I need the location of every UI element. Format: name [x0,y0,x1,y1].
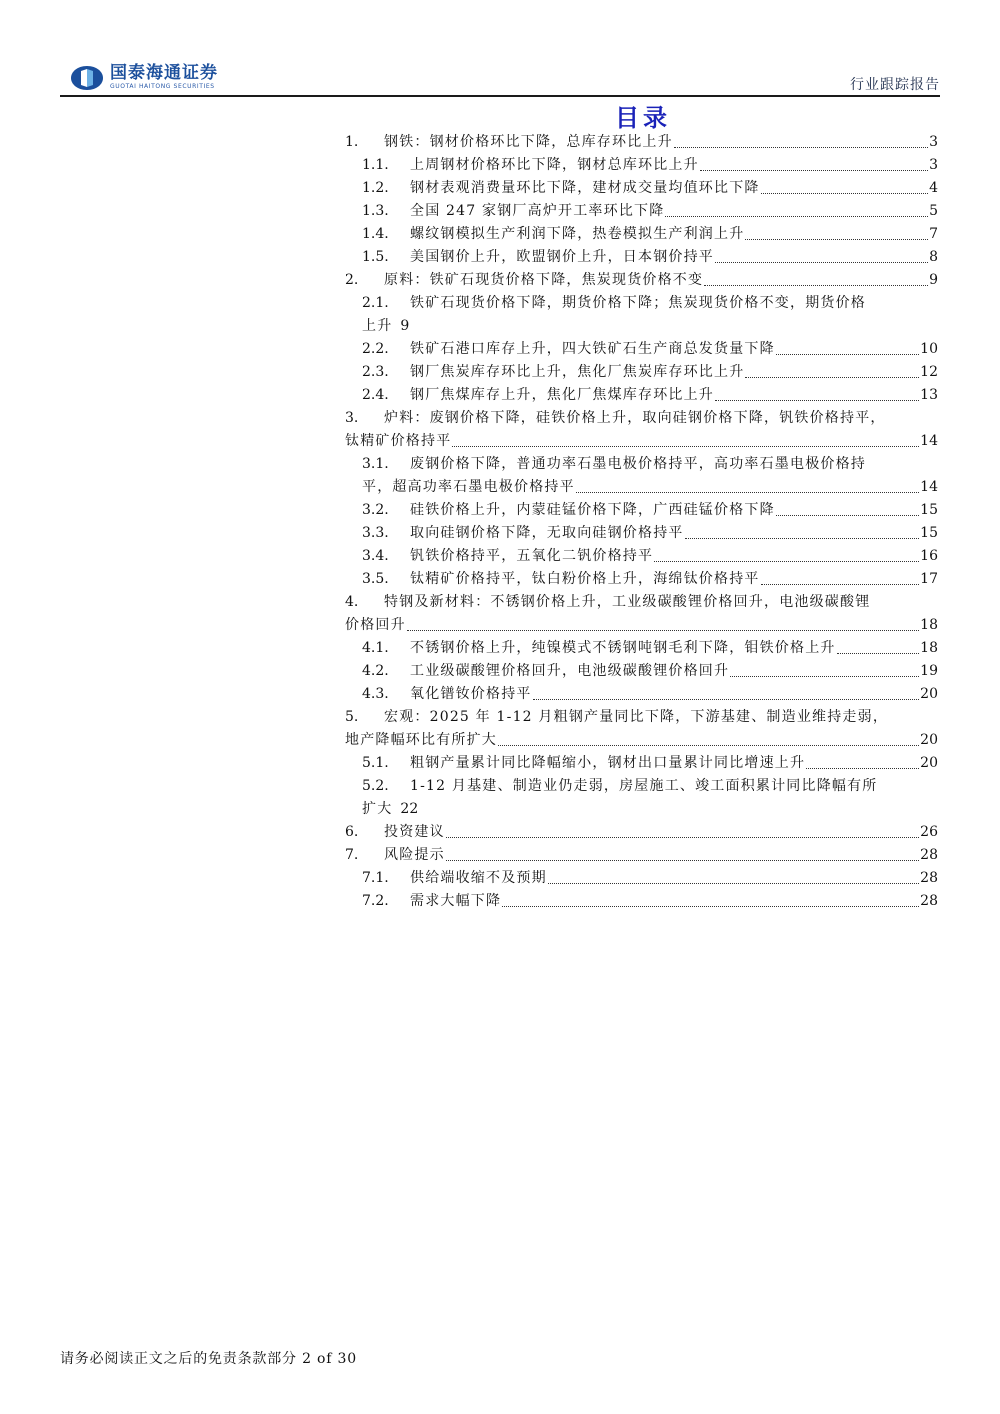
toc-entry-title: 硅铁价格上升，内蒙硅锰价格下降，广西硅锰价格下降 [410,499,775,522]
toc-page-number: 22 [400,798,418,821]
toc-entry[interactable]: 5.2.1-12 月基建、制造业仍走弱，房屋施工、竣工面积累计同比降幅有所扩大2… [345,775,938,821]
toc-entry-number: 4.3. [362,683,410,706]
toc-entry-number: 6. [345,821,384,844]
toc-entry-number: 4. [345,591,384,614]
toc-entry-title: 风险提示 [384,844,445,867]
toc-page-number: 15 [920,522,938,545]
toc-title: 目录 [600,98,686,133]
toc-entry-number: 2.1. [362,292,410,315]
toc-entry-number: 3.1. [362,453,410,476]
toc-entry-number: 2.2. [362,338,410,361]
toc-page-number: 9 [400,315,409,338]
toc-entry[interactable]: 3.5.钛精矿价格持平，钛白粉价格上升，海绵钛价格持平17 [345,568,938,591]
toc-page-number: 15 [920,499,938,522]
toc-entry-title: 价格回升 [345,614,406,637]
toc-entry-number: 1.3. [362,200,410,223]
dot-leader [685,538,920,539]
toc-entry-title: 钒铁价格持平，五氧化二钒价格持平 [410,545,653,568]
toc-entry-number: 3.3. [362,522,410,545]
toc-entry-number: 7.2. [362,890,410,913]
toc-entry[interactable]: 7.2.需求大幅下降28 [345,890,938,913]
toc-entry[interactable]: 7.风险提示28 [345,844,938,867]
toc-entry-number: 1. [345,131,384,154]
toc-entry-number: 2. [345,269,384,292]
dot-leader [446,837,919,838]
toc-entry[interactable]: 2.原料：铁矿石现货价格下降，焦炭现货价格不变9 [345,269,938,292]
toc-entry-number: 7.1. [362,867,410,890]
toc-entry-title: 需求大幅下降 [410,890,501,913]
dot-leader [776,515,919,516]
toc-entry-title: 钢材表观消费量环比下降，建材成交量均值环比下降 [410,177,760,200]
toc-entry-number: 5.1. [362,752,410,775]
dot-leader [806,768,919,769]
dot-leader [776,354,919,355]
logo-name-en: GUOTAI HAITONG SECURITIES [110,82,218,91]
toc-entry-title: 美国钢价上升，欧盟钢价上升，日本钢价持平 [410,246,714,269]
toc-page-number: 13 [920,384,938,407]
toc-entry[interactable]: 1.钢铁：钢材价格环比下降，总库存环比上升3 [345,131,938,154]
dot-leader [745,377,919,378]
dot-leader [704,285,928,286]
toc-entry-number: 1.5. [362,246,410,269]
dot-leader [446,860,919,861]
toc-entry-title: 特钢及新材料：不锈钢价格上升，工业级碳酸锂价格回升，电池级碳酸锂 [384,591,870,614]
toc-entry-number: 1.2. [362,177,410,200]
toc-entry[interactable]: 1.4.螺纹钢模拟生产利润下降，热卷模拟生产利润上升7 [345,223,938,246]
toc-entry[interactable]: 7.1.供给端收缩不及预期28 [345,867,938,890]
toc-page-number: 9 [929,269,938,292]
dot-leader [548,883,919,884]
toc-entry-title: 投资建议 [384,821,445,844]
toc-entry[interactable]: 6.投资建议26 [345,821,938,844]
dot-leader [654,561,919,562]
toc-page-number: 4 [929,177,938,200]
toc-entry-title: 全国 247 家钢厂高炉开工率环比下降 [410,200,664,223]
toc-entry-number: 3.4. [362,545,410,568]
dot-leader [576,492,919,493]
toc-entry-title: 扩大 [362,798,392,821]
toc-entry-title: 原料：铁矿石现货价格下降，焦炭现货价格不变 [384,269,703,292]
toc-entry[interactable]: 3.1.废钢价格下降，普通功率石墨电极价格持平，高功率石墨电极价格持平，超高功率… [345,453,938,499]
toc-page-number: 18 [920,637,938,660]
toc-page-number: 20 [920,729,938,752]
toc-entry-title: 取向硅钢价格下降，无取向硅钢价格持平 [410,522,684,545]
toc-entry-number: 2.3. [362,361,410,384]
page-indicator: 2 of 30 [302,1351,357,1367]
dot-leader [761,584,920,585]
toc-entry-number: 1.1. [362,154,410,177]
toc-page-number: 14 [920,430,938,453]
toc-entry[interactable]: 4.3.氧化镨钕价格持平20 [345,683,938,706]
report-type-label: 行业跟踪报告 [850,74,940,94]
toc-page-number: 10 [920,338,938,361]
toc-entry-number: 3.5. [362,568,410,591]
toc-entry-title: 粗钢产量累计同比降幅缩小，钢材出口量累计同比增速上升 [410,752,805,775]
toc-page-number: 16 [920,545,938,568]
page-footer: 请务必阅读正文之后的免责条款部分 2 of 30 [60,1348,357,1368]
toc-page-number: 28 [920,867,938,890]
company-logo: 国泰海通证券 GUOTAI HAITONG SECURITIES [70,64,218,91]
toc-entry-number: 5. [345,706,384,729]
toc-entry-title: 上周钢材价格环比下降，钢材总库环比上升 [410,154,699,177]
toc-page-number: 18 [920,614,938,637]
toc-entry-title: 地产降幅环比有所扩大 [345,729,497,752]
toc-entry-title: 铁矿石现货价格下降，期货价格下降；焦炭现货价格不变，期货价格 [410,292,866,315]
toc-entry[interactable]: 1.3.全国 247 家钢厂高炉开工率环比下降5 [345,200,938,223]
toc-entry-title: 供给端收缩不及预期 [410,867,547,890]
toc-page-number: 20 [920,752,938,775]
dot-leader [533,699,920,700]
dot-leader [700,170,928,171]
toc-page-number: 3 [929,154,938,177]
dot-leader [498,745,919,746]
toc-entry[interactable]: 1.5.美国钢价上升，欧盟钢价上升，日本钢价持平8 [345,246,938,269]
toc-entry[interactable]: 3.炉料：废钢价格下降，硅铁价格上升，取向硅钢价格下降，钒铁价格持平，钛精矿价格… [345,407,938,453]
toc-entry-title: 平，超高功率石墨电极价格持平 [362,476,575,499]
dot-leader [745,239,928,240]
table-of-contents: 1.钢铁：钢材价格环比下降，总库存环比上升31.1.上周钢材价格环比下降，钢材总… [345,131,938,913]
toc-entry-title: 钛精矿价格持平，钛白粉价格上升，海绵钛价格持平 [410,568,760,591]
toc-page-number: 12 [920,361,938,384]
toc-entry-title: 宏观：2025 年 1-12 月粗钢产量同比下降，下游基建、制造业维持走弱， [384,706,888,729]
toc-entry-number: 2.4. [362,384,410,407]
dot-leader [715,262,928,263]
toc-entry[interactable]: 2.2.铁矿石港口库存上升，四大铁矿石生产商总发货量下降10 [345,338,938,361]
dot-leader [761,193,928,194]
toc-entry[interactable]: 1.1.上周钢材价格环比下降，钢材总库环比上升3 [345,154,938,177]
toc-entry-title: 不锈钢价格上升，纯镍模式不锈钢吨钢毛利下降，钼铁价格上升 [410,637,836,660]
toc-page-number: 19 [920,660,938,683]
toc-entry-title: 钢铁：钢材价格环比下降，总库存环比上升 [384,131,673,154]
toc-entry-title: 钢厂焦煤库存上升，焦化厂焦煤库存环比上升 [410,384,714,407]
toc-page-number: 7 [929,223,938,246]
toc-entry-title: 1-12 月基建、制造业仍走弱，房屋施工、竣工面积累计同比降幅有所 [410,775,878,798]
toc-entry[interactable]: 3.3.取向硅钢价格下降，无取向硅钢价格持平15 [345,522,938,545]
toc-entry-title: 炉料：废钢价格下降，硅铁价格上升，取向硅钢价格下降，钒铁价格持平， [384,407,886,430]
disclaimer-note: 请务必阅读正文之后的免责条款部分 [60,1351,297,1367]
logo-name-cn: 国泰海通证券 [110,64,218,82]
logo-mark-icon [70,65,104,91]
toc-entry-title: 废钢价格下降，普通功率石墨电极价格持平，高功率石墨电极价格持 [410,453,866,476]
toc-page-number: 28 [920,890,938,913]
toc-entry[interactable]: 5.1.粗钢产量累计同比降幅缩小，钢材出口量累计同比增速上升20 [345,752,938,775]
toc-entry[interactable]: 4.特钢及新材料：不锈钢价格上升，工业级碳酸锂价格回升，电池级碳酸锂价格回升18 [345,591,938,637]
toc-entry[interactable]: 1.2.钢材表观消费量环比下降，建材成交量均值环比下降4 [345,177,938,200]
toc-page-number: 3 [929,131,938,154]
dot-leader [837,653,920,654]
toc-entry-number: 5.2. [362,775,410,798]
toc-entry-number: 7. [345,844,384,867]
toc-entry-title: 螺纹钢模拟生产利润下降，热卷模拟生产利润上升 [410,223,744,246]
toc-page-number: 28 [920,844,938,867]
toc-entry[interactable]: 2.1.铁矿石现货价格下降，期货价格下降；焦炭现货价格不变，期货价格上升9 [345,292,938,338]
toc-entry-number: 4.1. [362,637,410,660]
toc-entry-number: 3. [345,407,384,430]
dot-leader [715,400,919,401]
toc-entry-title: 铁矿石港口库存上升，四大铁矿石生产商总发货量下降 [410,338,775,361]
toc-entry[interactable]: 2.3.钢厂焦炭库存环比上升，焦化厂焦炭库存环比上升12 [345,361,938,384]
page-header: 国泰海通证券 GUOTAI HAITONG SECURITIES 行业跟踪报告 [60,58,940,96]
toc-page-number: 8 [929,246,938,269]
dot-leader [502,906,919,907]
toc-page-number: 17 [920,568,938,591]
toc-entry-title: 上升 [362,315,392,338]
toc-page-number: 14 [920,476,938,499]
toc-page-number: 5 [929,200,938,223]
toc-entry-title: 钛精矿价格持平 [345,430,451,453]
toc-entry[interactable]: 5.宏观：2025 年 1-12 月粗钢产量同比下降，下游基建、制造业维持走弱，… [345,706,938,752]
dot-leader [674,147,928,148]
toc-entry-number: 3.2. [362,499,410,522]
dot-leader [452,446,919,447]
toc-entry-number: 1.4. [362,223,410,246]
toc-entry-title: 钢厂焦炭库存环比上升，焦化厂焦炭库存环比上升 [410,361,744,384]
toc-entry-title: 工业级碳酸锂价格回升，电池级碳酸锂价格回升 [410,660,729,683]
toc-entry-title: 氧化镨钕价格持平 [410,683,532,706]
toc-entry[interactable]: 4.1.不锈钢价格上升，纯镍模式不锈钢吨钢毛利下降，钼铁价格上升18 [345,637,938,660]
toc-entry[interactable]: 3.4.钒铁价格持平，五氧化二钒价格持平16 [345,545,938,568]
toc-page-number: 20 [920,683,938,706]
toc-page-number: 26 [920,821,938,844]
header-divider [60,95,940,97]
dot-leader [665,216,928,217]
toc-entry[interactable]: 4.2.工业级碳酸锂价格回升，电池级碳酸锂价格回升19 [345,660,938,683]
toc-entry[interactable]: 2.4.钢厂焦煤库存上升，焦化厂焦煤库存环比上升13 [345,384,938,407]
toc-entry-number: 4.2. [362,660,410,683]
dot-leader [407,630,919,631]
toc-entry[interactable]: 3.2.硅铁价格上升，内蒙硅锰价格下降，广西硅锰价格下降15 [345,499,938,522]
dot-leader [730,676,919,677]
